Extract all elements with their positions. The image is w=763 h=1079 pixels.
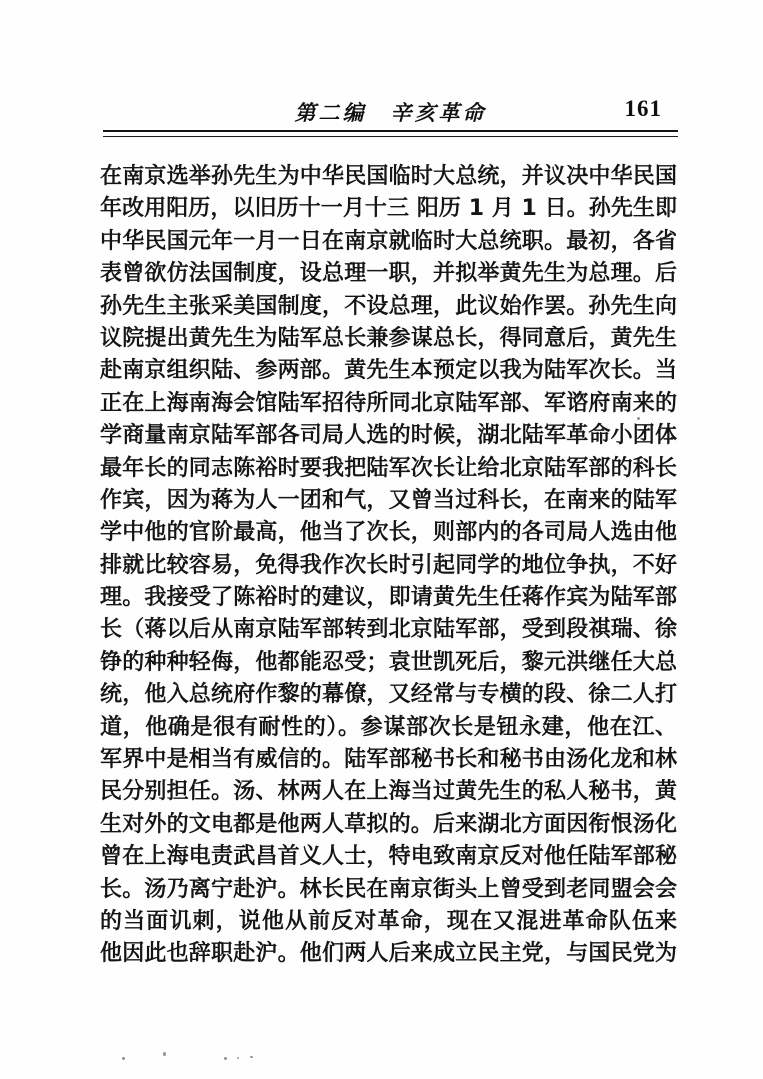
- book-page: 第二编 辛亥革命 161 在南京选举孙先生为中华民国临时大总统，并议决中华民国纪…: [0, 0, 763, 1079]
- page-header-title: 第二编 辛亥革命: [103, 97, 678, 127]
- body-line: 年改用阳历，以旧历十一月十三 阳历 1 月 1 日。孙先生即在: [100, 193, 677, 225]
- body-line: 正在上海南海会馆陆军招待所同北京陆军部、军谘府南来的同: [100, 388, 677, 420]
- body-line: 长（蒋以后从南京陆军部转到北京陆军部，受到段祺瑞、徐树: [100, 614, 677, 646]
- body-line: 生对外的文电都是他两人草拟的。后来湖北方面因衔恨汤化龙: [100, 809, 677, 841]
- body-line: 他因此也辞职赴沪。他们两人后来成立民主党，与国民党为: [100, 938, 677, 970]
- body-line: 铮的种种轻侮，他都能忍受；袁世凯死后，黎元洪继任大总: [100, 647, 677, 679]
- body-line: 赴南京组织陆、参两部。黄先生本预定以我为陆军次长。当我: [100, 355, 677, 387]
- body-line: 民分别担任。汤、林两人在上海当过黄先生的私人秘书，黄先: [100, 776, 677, 808]
- scan-speck: [122, 1057, 125, 1060]
- body-line: 理。我接受了陈裕时的建议，即请黄先生任蒋作宾为陆军部次: [100, 582, 677, 614]
- body-line: 统，他入总统府作黎的幕僚，又经常与专横的段、徐二人打交: [100, 679, 677, 711]
- body-line: 在南京选举孙先生为中华民国临时大总统，并议决中华民国纪: [100, 161, 677, 193]
- scan-speck: [163, 1052, 166, 1056]
- body-line: 学商量南京陆军部各司局人选的时候，湖北陆军革命小团体中: [100, 420, 677, 452]
- scan-speck: [224, 1057, 227, 1060]
- page-number: 161: [625, 96, 663, 122]
- body-line: 最年长的同志陈裕时要我把陆军次长让给北京陆军部的科长蒋: [100, 453, 677, 485]
- body-line: 孙先生主张采美国制度，不设总理，此议始作罢。孙先生向参: [100, 291, 677, 323]
- body-line: 作宾，因为蒋为人一团和气，又曾当过科长，在南来的陆军同: [100, 485, 677, 517]
- scan-speck: [237, 1057, 239, 1059]
- body-line: 长。汤乃离宁赴沪。林长民在南京街头上曾受到老同盟会会员: [100, 874, 677, 906]
- scan-speck: [637, 417, 640, 420]
- body-line: 排就比较容易，免得我作次长时引起同学的地位争执，不好处: [100, 550, 677, 582]
- body-text: 在南京选举孙先生为中华民国临时大总统，并议决中华民国纪 年改用阳历，以旧历十一月…: [100, 161, 677, 971]
- body-line: 学中他的官阶最高，他当了次长，则部内的各司局人选由他安: [100, 517, 677, 549]
- header-rule: [103, 130, 678, 137]
- body-line: 军界中是相当有威信的。陆军部秘书长和秘书由汤化龙和林长: [100, 744, 677, 776]
- body-line: 道，他确是很有耐性的）。参谋部次长是钮永建，他在江、浙: [100, 712, 677, 744]
- body-line: 中华民国元年一月一日在南京就临时大总统职。最初，各省代: [100, 226, 677, 258]
- body-line: 表曾欲仿法国制度，设总理一职，并拟举黄先生为总理。后因: [100, 258, 677, 290]
- scan-speck: [250, 1056, 253, 1058]
- body-line: 曾在上海电责武昌首义人士，特电致南京反对他任陆军部秘书: [100, 841, 677, 873]
- body-line: 的当面讥刺，说他从前反对革命，现在又混进革命队伍来了。: [100, 906, 677, 938]
- body-line: 议院提出黄先生为陆军总长兼参谋总长，得同意后，黄先生即: [100, 323, 677, 355]
